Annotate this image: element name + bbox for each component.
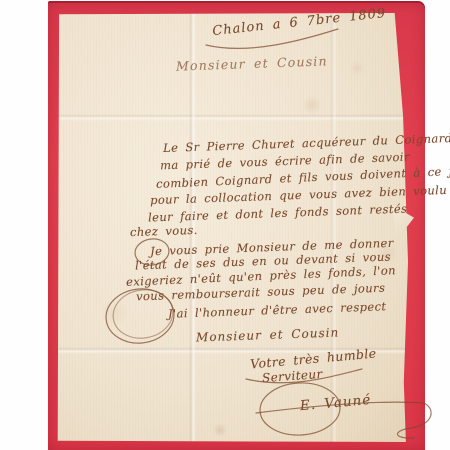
letter-paper xyxy=(57,13,408,442)
letter-photo: Chalon a 6 7bre 1809 Monsieur et Cousin … xyxy=(0,0,450,450)
letter-body-line: chez vous. xyxy=(130,225,198,239)
